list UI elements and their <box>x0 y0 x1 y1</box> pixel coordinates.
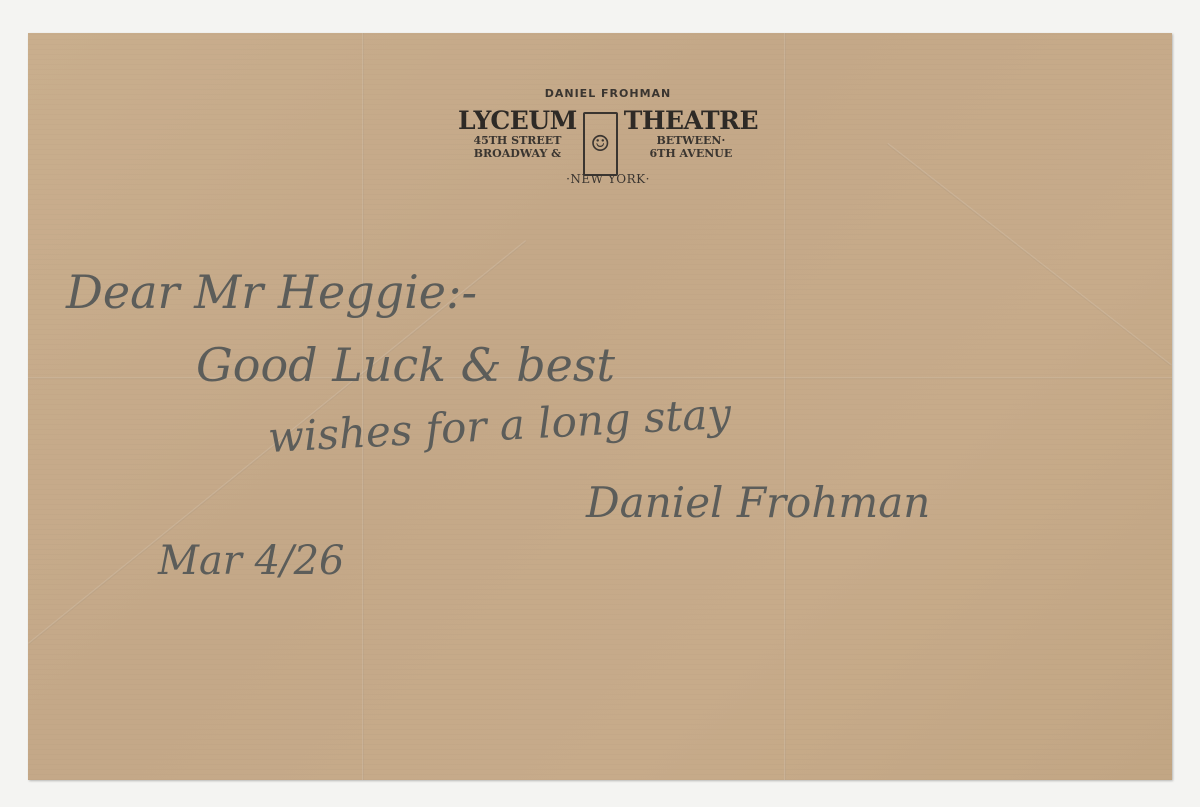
letterhead-address: BETWEEN· <box>656 134 725 147</box>
letterhead-address: BROADWAY & <box>474 147 561 160</box>
salutation: Dear Mr Heggie:- <box>66 265 477 319</box>
date: Mar 4/26 <box>158 538 344 584</box>
fold-line <box>887 143 1172 366</box>
body-line: wishes for a long stay <box>267 389 733 462</box>
letterhead-name: DANIEL FROHMAN <box>458 87 758 100</box>
signature: Daniel Frohman <box>586 478 930 527</box>
letterhead-city: ·NEW YORK· <box>458 172 758 186</box>
fold-line <box>362 33 364 780</box>
letterhead-title-right: THEATRE <box>624 108 758 134</box>
theatre-mask-trumpets-icon: ☺ <box>583 112 618 176</box>
letterhead-title-left: LYCEUM <box>458 108 577 134</box>
fold-line <box>784 33 786 780</box>
body-line: Good Luck & best <box>196 338 615 392</box>
letter-paper: DANIEL FROHMAN LYCEUM 45TH STREET BROADW… <box>28 33 1172 780</box>
letterhead-address: 6TH AVENUE <box>650 147 733 160</box>
letterhead: DANIEL FROHMAN LYCEUM 45TH STREET BROADW… <box>458 87 758 186</box>
letterhead-address: 45TH STREET <box>473 134 561 147</box>
